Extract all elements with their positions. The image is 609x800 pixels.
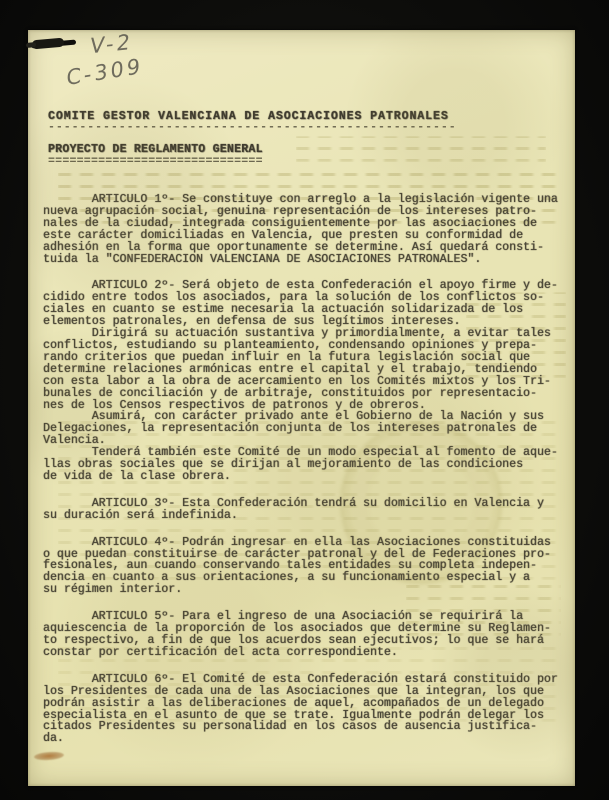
article-2-paragraph-3: Asumirá, con carácter privado ante el Go… [43, 411, 563, 447]
rust-stain [34, 751, 64, 761]
article-3: ARTICULO 3º- Esta Confederación tendrá s… [43, 498, 563, 522]
article-6: ARTICULO 6º- El Comité de esta Confedera… [43, 674, 563, 745]
article-2: ARTICULO 2º- Será objeto de esta Confede… [43, 280, 563, 482]
document-body: ARTICULO 1º- Se constituye con arreglo a… [43, 194, 563, 745]
article-6-paragraph-1: ARTICULO 6º- El Comité de esta Confedera… [43, 674, 563, 745]
title-underline: ----------------------------------------… [48, 122, 563, 133]
article-3-paragraph-1: ARTICULO 3º- Esta Confederación tendrá s… [43, 498, 563, 522]
article-1: ARTICULO 1º- Se constituye con arreglo a… [43, 194, 563, 265]
article-1-paragraph-1: ARTICULO 1º- Se constituye con arreglo a… [43, 194, 563, 265]
document-page: V-2 C-309 COMITE GESTOR VALENCIANA DE AS… [28, 30, 575, 786]
article-2-paragraph-4: Tenderá también este Comité de un modo e… [43, 447, 563, 483]
article-5: ARTICULO 5º- Para el ingreso de una Asoc… [43, 611, 563, 659]
subtitle-underline: ============================== [48, 156, 563, 167]
article-2-paragraph-1: ARTICULO 2º- Será objeto de esta Confede… [43, 280, 563, 328]
scan-background: V-2 C-309 COMITE GESTOR VALENCIANA DE AS… [0, 0, 609, 800]
article-4: ARTICULO 4º- Podrán ingresar en ella las… [43, 537, 563, 597]
article-4-paragraph-1: ARTICULO 4º- Podrán ingresar en ella las… [43, 537, 563, 597]
document-content: COMITE GESTOR VALENCIANA DE ASOCIACIONES… [28, 30, 575, 745]
article-5-paragraph-1: ARTICULO 5º- Para el ingreso de una Asoc… [43, 611, 563, 659]
article-2-paragraph-2: Dirigirá su actuación sustantiva y primo… [43, 328, 563, 411]
